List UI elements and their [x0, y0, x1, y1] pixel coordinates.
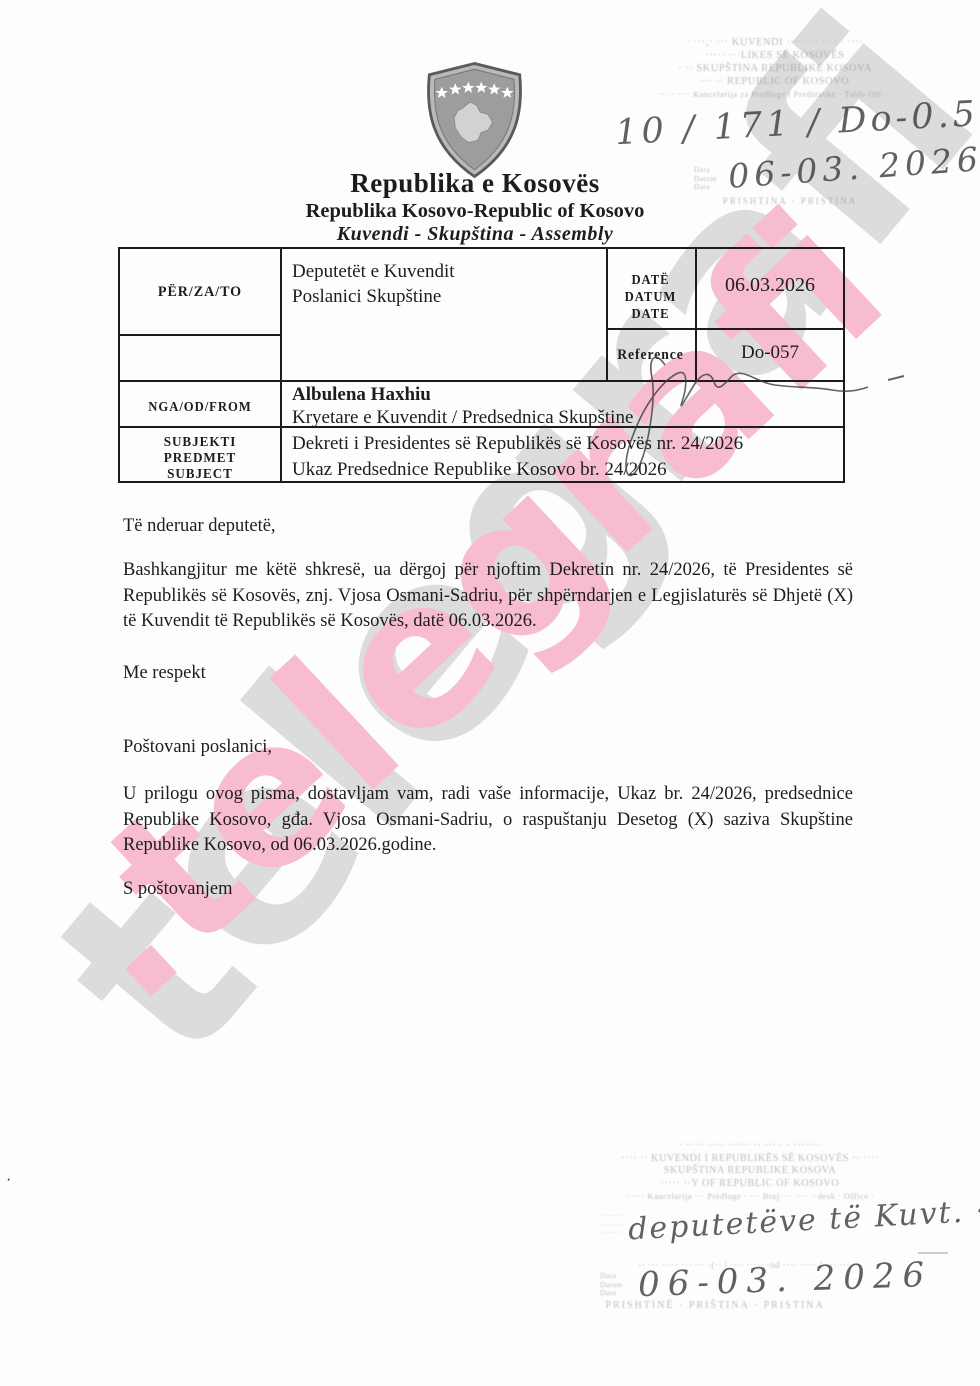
- page-subtitle-trilingual: Kuvendi - Skupština - Assembly: [140, 223, 810, 246]
- date-label-line: DATË: [609, 271, 693, 288]
- salutation-albanian: Të nderuar deputetë,: [123, 514, 853, 540]
- subject-label-line: SUBJECT: [125, 467, 275, 483]
- paragraph-serbian: U prilogu ovog pisma, dostavljam vam, ra…: [123, 782, 853, 859]
- stamp-line: SKUPŠTINA REPUBLIKE KOSOVA: [565, 1165, 935, 1178]
- date-label-line: DATUM: [609, 288, 693, 305]
- registry-stamp-top: · ···‚· ··· KUVENDI ········ ···· · ····…: [600, 36, 950, 101]
- stamp-date-label-line: Data: [600, 1289, 623, 1298]
- stamp-city-line-top: PRISHTINA · PRISTINA: [660, 196, 920, 206]
- kosovo-coat-of-arms: [418, 60, 531, 180]
- stamp-line: · ·· SKUPŠTINA REPUBLIKE KOSOVA: [600, 62, 950, 75]
- closing-serbian: S poštovanjem: [123, 877, 853, 903]
- stamp-line: · ···‚· ··· KUVENDI ········ ···· · ····: [600, 36, 950, 49]
- table-horizontal-line: [120, 334, 282, 336]
- handwritten-date-top: 06-03. 2026: [727, 139, 980, 196]
- stamp-line: · ·· ·· ···· ······ ·· ··· · · ·······: [565, 1140, 935, 1153]
- from-label: NGA/OD/FROM: [125, 399, 275, 415]
- stamp-line: ··· ·· REPUBLIC OF KOSOVO: [600, 75, 950, 88]
- stamp-line: ···· ·· KUVENDI I REPUBLIKËS SË KOSOVËS …: [565, 1153, 935, 1166]
- stamp-city-line-bottom: PRISHTINË · PRIŠTINA · PRISTINA: [585, 1300, 845, 1311]
- stamp-line: ····· ···LIKES SË KOSOVËS: [600, 49, 950, 62]
- stamp-note-label: · ······· ········· ··· ····: [597, 1212, 624, 1238]
- subject-label-line: PREDMET: [125, 451, 275, 467]
- registry-stamp-bottom: · ·· ·· ···· ······ ·· ··· · · ······· ·…: [565, 1140, 935, 1203]
- table-vertical-line: [280, 249, 282, 481]
- to-value: Deputetët e Kuvendit Poslanici Skupštine: [292, 259, 455, 309]
- subject-label: SUBJEKTI PREDMET SUBJECT: [125, 435, 275, 483]
- subject-label-line: SUBJEKTI: [125, 435, 275, 451]
- scanned-letter-page: telegrafi .telegrafi Republika e Kosovës…: [0, 0, 980, 1386]
- stamp-date-label-bottom: Data Datum Data: [600, 1272, 623, 1298]
- salutation-serbian: Poštovani poslanici,: [123, 735, 853, 761]
- date-value: 06.03.2026: [697, 274, 843, 297]
- signature: [610, 330, 920, 500]
- from-title: Kryetare e Kuvendit / Predsednica Skupšt…: [292, 406, 633, 429]
- paragraph-albanian: Bashkangjitur me këtë shkresë, ua dërgoj…: [123, 558, 853, 635]
- date-label-line: DATE: [609, 305, 693, 322]
- to-label: PËR/ZA/TO: [125, 284, 275, 301]
- stamp-date-label: Data Datum Data: [694, 166, 717, 192]
- from-value: Albulena Haxhiu Kryetare e Kuvendit / Pr…: [292, 383, 633, 429]
- scan-dash: [918, 1252, 948, 1254]
- to-value-line2: Poslanici Skupštine: [292, 284, 455, 309]
- stamp-note-label-line: ··· ····: [597, 1229, 624, 1238]
- closing-albanian: Me respekt: [123, 661, 853, 687]
- stamp-date-label-line: Data: [694, 183, 717, 192]
- to-value-line1: Deputetët e Kuvendit: [292, 259, 455, 284]
- date-label: DATË DATUM DATE: [609, 271, 693, 322]
- scan-speck: ·: [6, 1172, 11, 1190]
- from-name: Albulena Haxhiu: [292, 383, 633, 406]
- stamp-line: ····· ··Y OF REPUBLIC OF KOSOVO: [565, 1178, 935, 1191]
